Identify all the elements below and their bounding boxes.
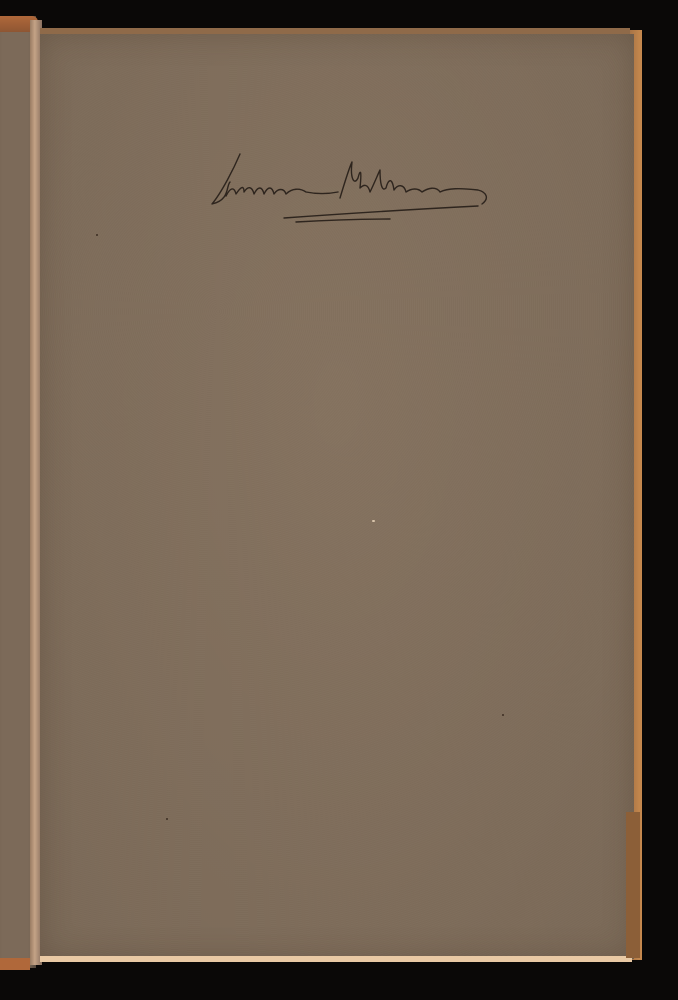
photo-background: L. Haman Matthews <box>0 0 678 1000</box>
handwritten-signature: L. Haman Matthews <box>200 148 500 228</box>
left-board-bottom-edge <box>0 958 30 970</box>
paper-spot <box>502 714 504 716</box>
signature-ink <box>200 148 500 228</box>
paper-fleck <box>372 520 375 522</box>
right-board-bottom <box>626 812 640 958</box>
page-bottom-edge <box>40 956 632 962</box>
paper-spot <box>96 234 98 236</box>
paper-spot <box>166 818 168 820</box>
